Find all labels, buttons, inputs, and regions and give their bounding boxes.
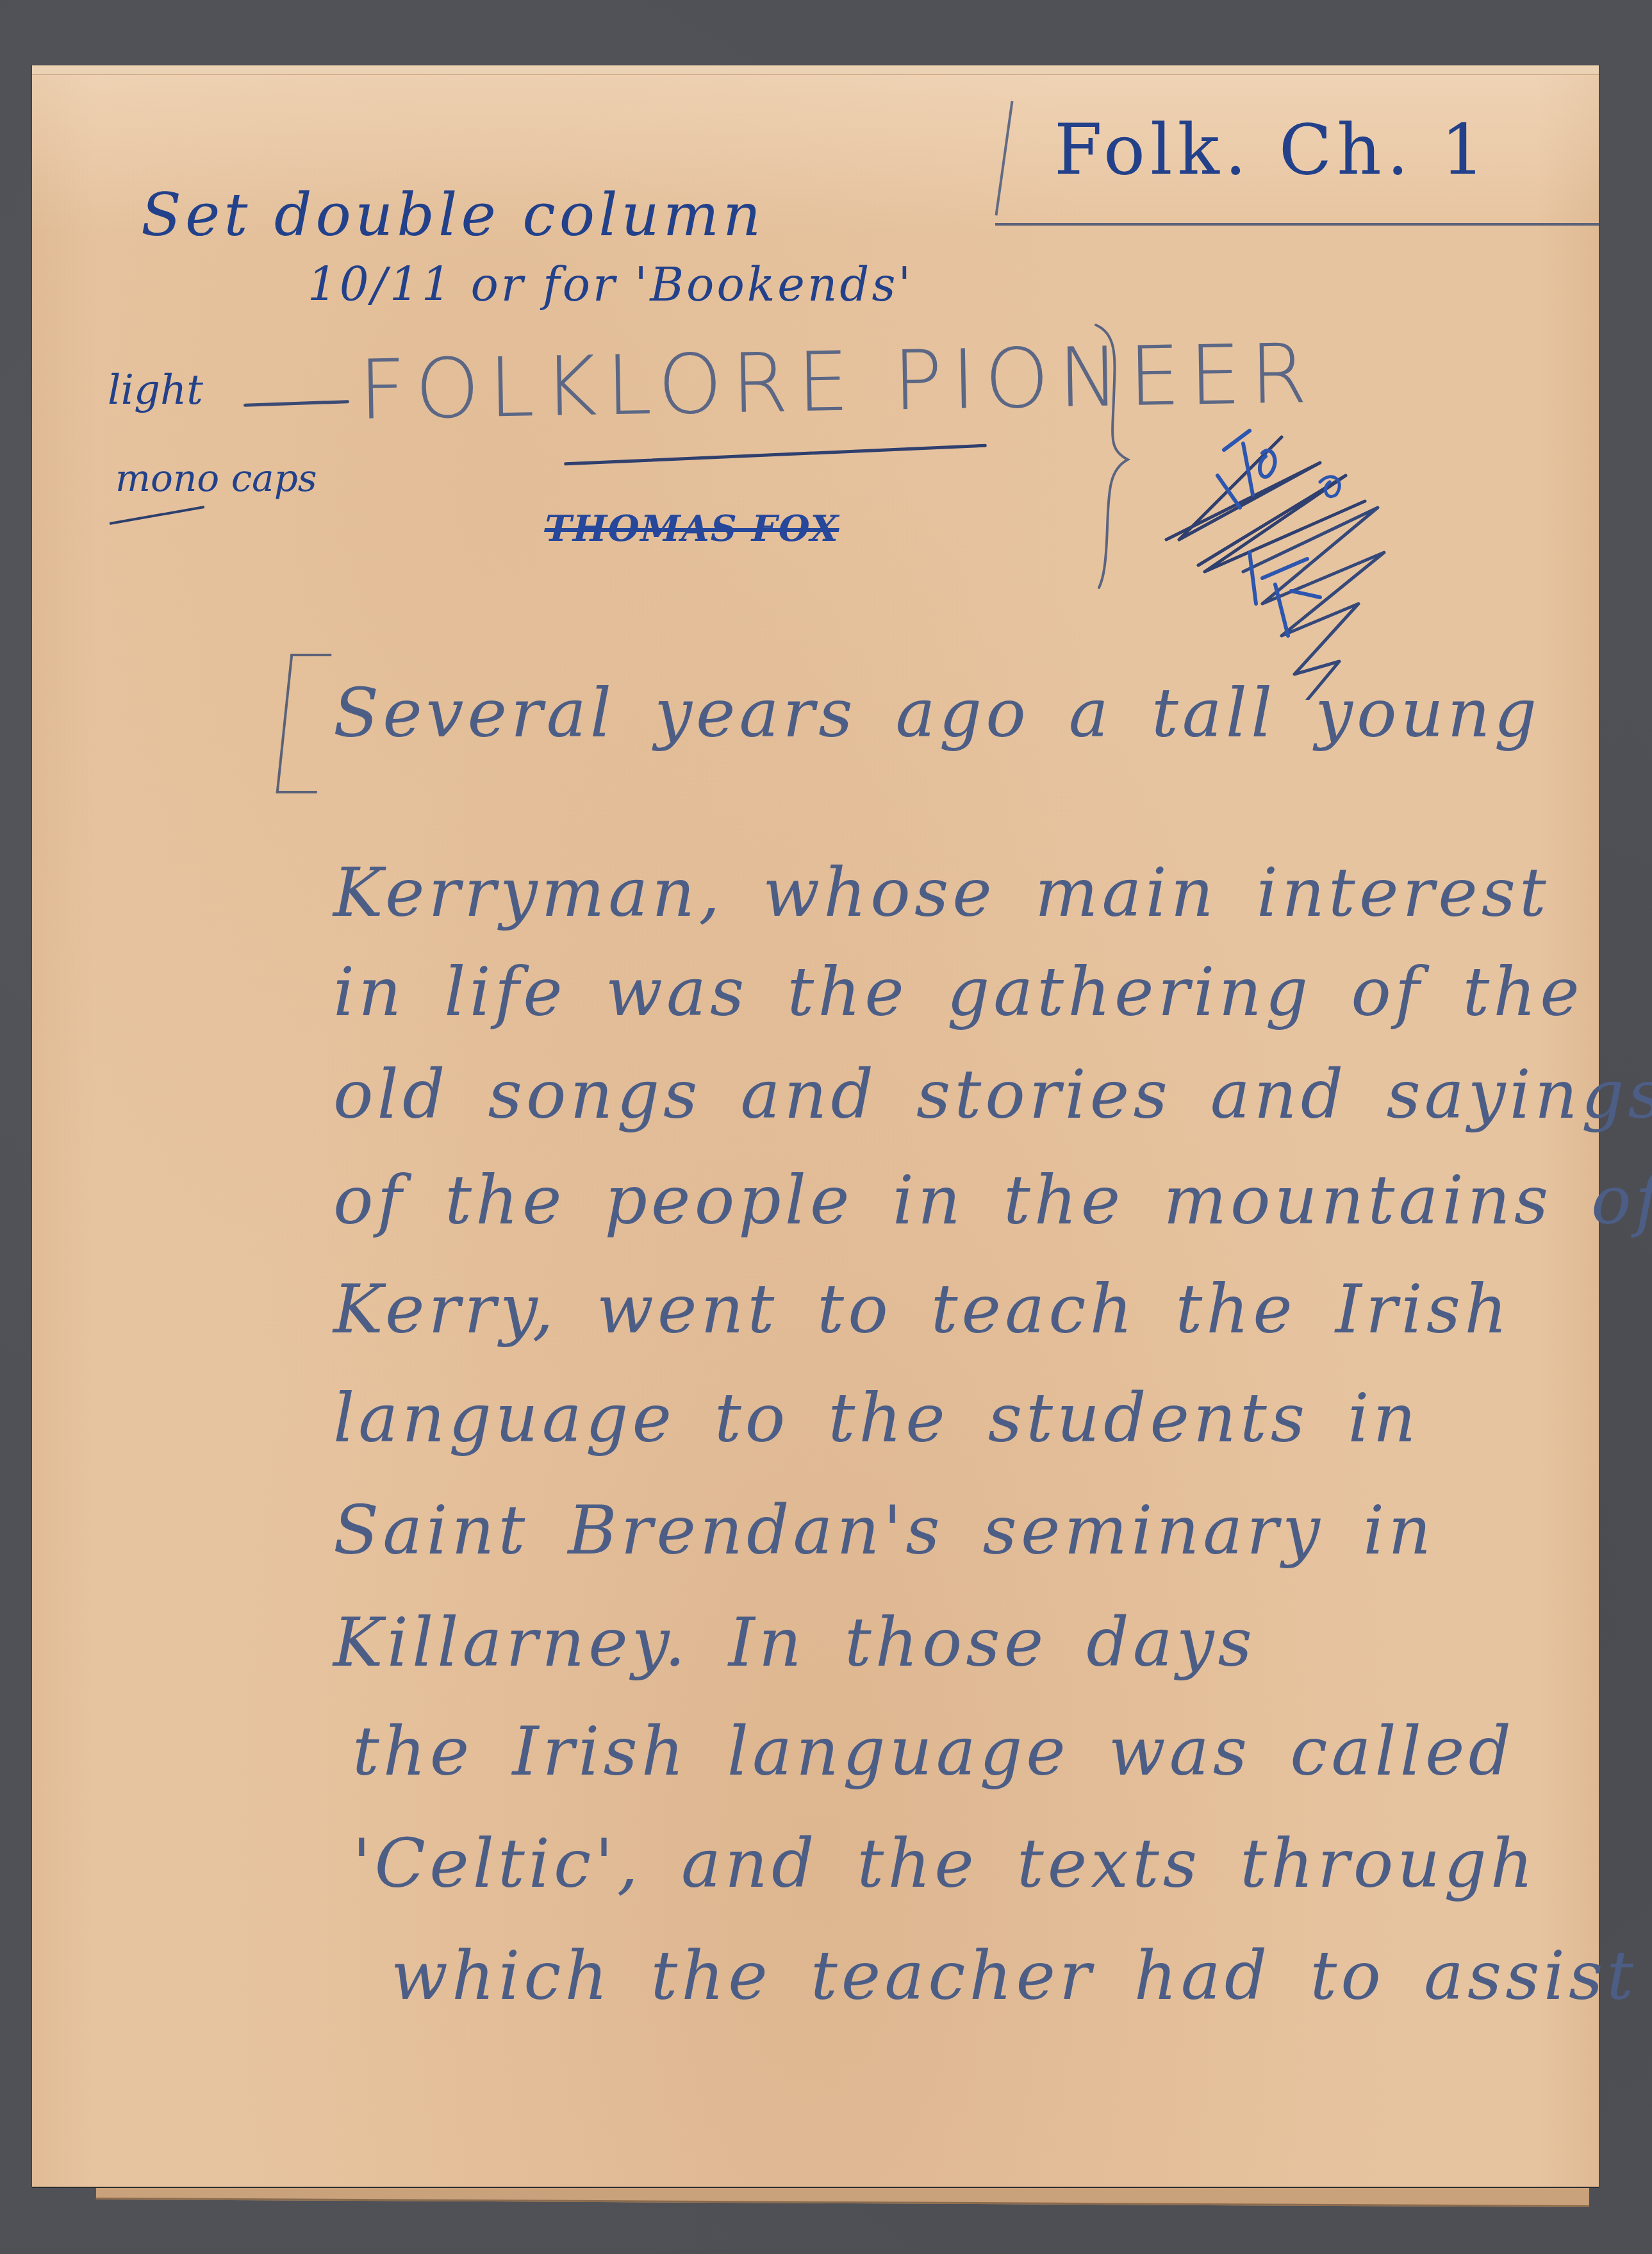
- title-lead-dash: [244, 400, 349, 407]
- body-text-line: language to the students in: [333, 1379, 1420, 1457]
- folio-label: Folk. Ch. 1: [1054, 110, 1490, 190]
- manuscript-page: Folk. Ch. 1 Set double column 10/11 or f…: [32, 65, 1599, 2187]
- instruction-line-1: Set double column: [141, 181, 764, 249]
- style-note-mono-caps: mono caps: [115, 456, 317, 500]
- scribble-out-icon: [1153, 392, 1448, 700]
- title-underline: [564, 444, 987, 466]
- body-text-line: Kerry, went to teach the Irish: [333, 1270, 1511, 1348]
- author-name-struck-out: THOMAS FOX: [540, 508, 844, 550]
- body-text-line: of the people in the mountains of: [333, 1161, 1652, 1239]
- body-text-line: Several years ago a tall young: [333, 674, 1540, 752]
- paragraph-open-bracket: [276, 654, 332, 793]
- style-note-light: light: [108, 367, 203, 414]
- folio-box-bottom-rule: [995, 223, 1599, 226]
- body-text-line: which the teacher had to assist: [391, 1937, 1637, 2015]
- body-text-line: Kerryman, whose main interest: [333, 854, 1550, 932]
- body-text-line: 'Celtic', and the texts through: [352, 1825, 1537, 1903]
- body-text-line: the Irish language was called: [352, 1712, 1515, 1791]
- body-text-line: old songs and stories and sayings: [333, 1056, 1652, 1134]
- page-top-edge: [32, 65, 1599, 75]
- body-text-line: Saint Brendan's seminary in: [333, 1491, 1435, 1570]
- body-text-line: in life was the gathering of the: [333, 953, 1583, 1031]
- curly-brace-icon: [1089, 322, 1141, 591]
- folio-box-left-rule: [995, 101, 1013, 216]
- style-note-underline: [110, 506, 204, 525]
- body-text-line: Killarney. In those days: [333, 1603, 1256, 1682]
- instruction-line-2: 10/11 or for 'Bookends': [308, 258, 913, 311]
